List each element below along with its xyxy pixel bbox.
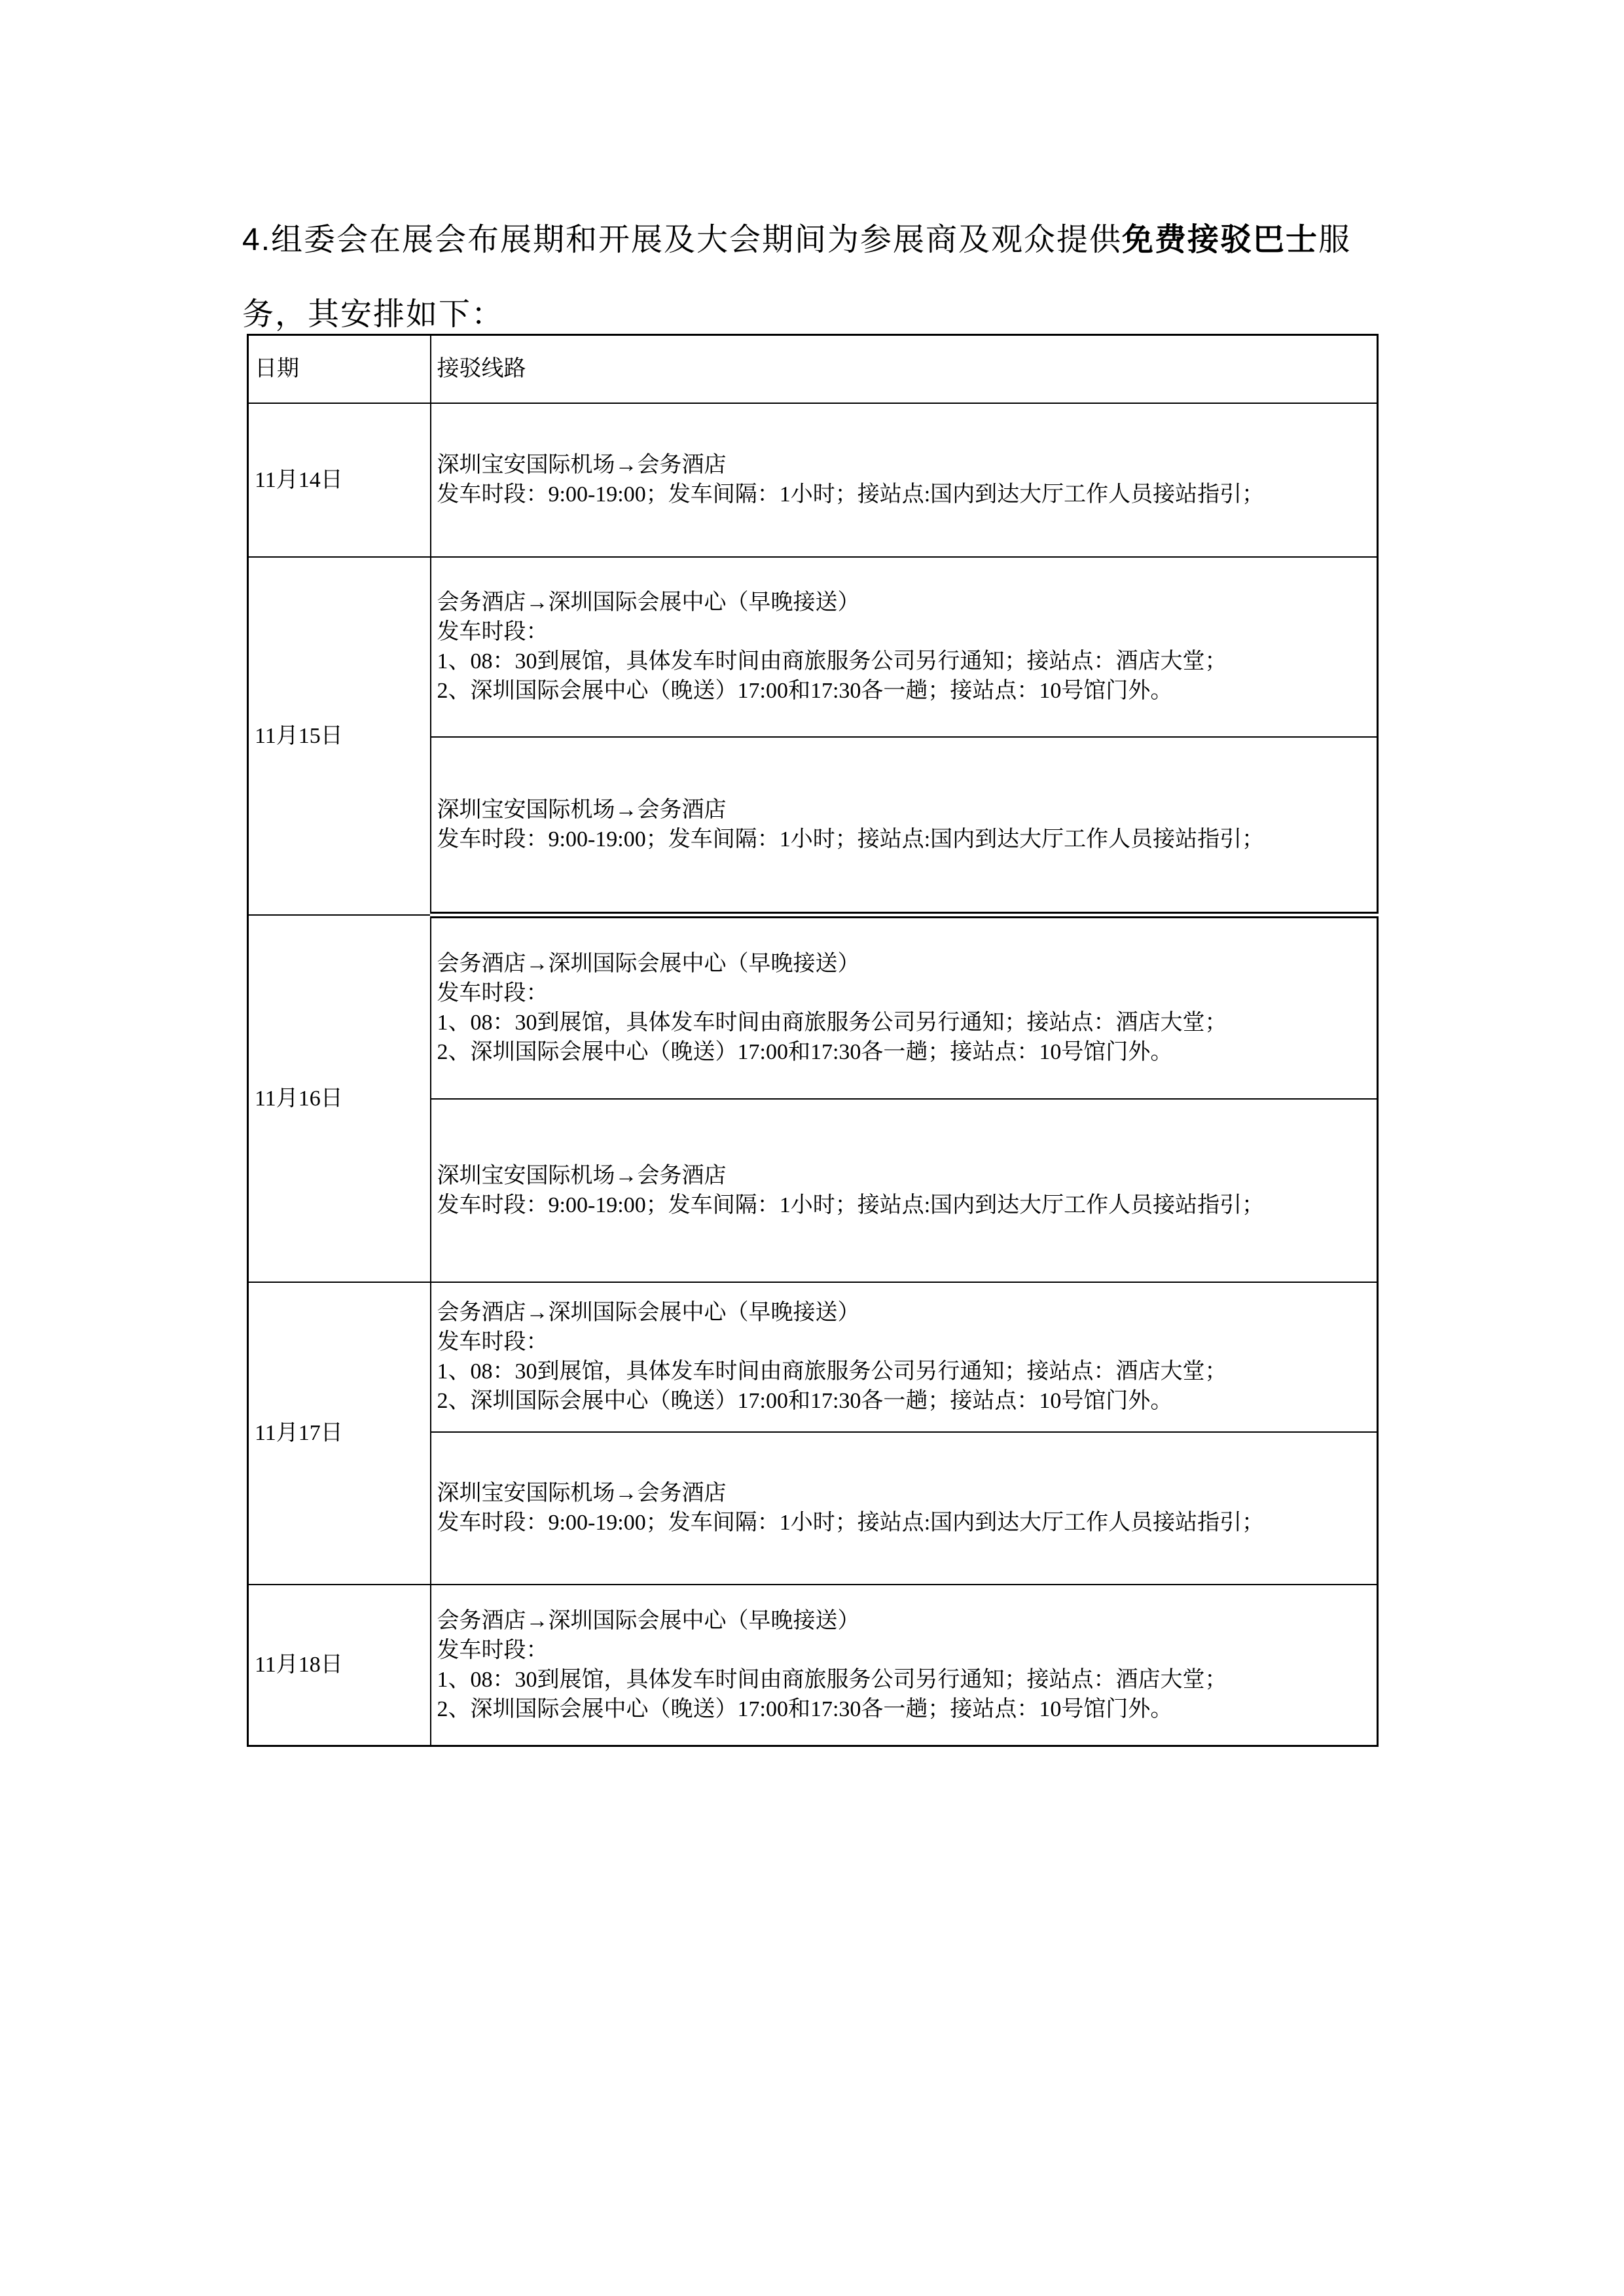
route-line: 会务酒店→深圳国际会展中心（早晚接送） [437, 588, 1367, 617]
shuttle-schedule-table: 日期 接驳线路 11月14日 深圳宝安国际机场→会务酒店 发车时段：9:00-1… [247, 334, 1379, 1747]
route-line: 2、深圳国际会展中心（晚送）17:00和17:30各一趟；接站点：10号馆门外。 [437, 1037, 1367, 1067]
route-line: 深圳宝安国际机场→会务酒店 [437, 450, 1367, 480]
date-cell-nov17: 11月17日 [248, 1282, 431, 1585]
table-row-nov17-hotel: 11月17日 会务酒店→深圳国际会展中心（早晚接送） 发车时段： 1、08：30… [248, 1282, 1378, 1432]
route-line: 发车时段： [437, 617, 1367, 647]
route-line: 会务酒店→深圳国际会展中心（早晚接送） [437, 949, 1367, 978]
route-line: 发车时段：9:00-19:00；发车间隔：1小时；接站点:国内到达大厅工作人员接… [437, 1508, 1367, 1537]
route-line: 发车时段：9:00-19:00；发车间隔：1小时；接站点:国内到达大厅工作人员接… [437, 1191, 1367, 1220]
route-line: 2、深圳国际会展中心（晚送）17:00和17:30各一趟；接站点：10号馆门外。 [437, 1695, 1367, 1724]
route-cell-nov17-hotel: 会务酒店→深圳国际会展中心（早晚接送） 发车时段： 1、08：30到展馆，具体发… [431, 1282, 1378, 1432]
route-line: 发车时段：9:00-19:00；发车间隔：1小时；接站点:国内到达大厅工作人员接… [437, 825, 1367, 854]
table-row-nov15-hotel: 11月15日 会务酒店→深圳国际会展中心（早晚接送） 发车时段： 1、08：30… [248, 557, 1378, 737]
date-cell-nov16: 11月16日 [248, 915, 431, 1282]
header-cell-route: 接驳线路 [431, 335, 1378, 403]
heading-bold-text: 免费接驳巴士 [1122, 223, 1318, 257]
table-row-nov18: 11月18日 会务酒店→深圳国际会展中心（早晚接送） 发车时段： 1、08：30… [248, 1585, 1378, 1746]
route-line: 发车时段： [437, 1327, 1367, 1357]
route-line: 2、深圳国际会展中心（晚送）17:00和17:30各一趟；接站点：10号馆门外。 [437, 676, 1367, 706]
route-line: 1、08：30到展馆，具体发车时间由商旅服务公司另行通知；接站点：酒店大堂； [437, 647, 1367, 676]
header-cell-date: 日期 [248, 335, 431, 403]
route-line: 深圳宝安国际机场→会务酒店 [437, 795, 1367, 825]
heading-text-before-bold: 4.组委会在展会布展期和开展及大会期间为参展商及观众提供 [242, 223, 1122, 257]
route-line: 发车时段：9:00-19:00；发车间隔：1小时；接站点:国内到达大厅工作人员接… [437, 480, 1367, 509]
table-row-nov14: 11月14日 深圳宝安国际机场→会务酒店 发车时段：9:00-19:00；发车间… [248, 403, 1378, 557]
date-cell-nov18: 11月18日 [248, 1585, 431, 1746]
route-line: 1、08：30到展馆，具体发车时间由商旅服务公司另行通知；接站点：酒店大堂； [437, 1357, 1367, 1386]
table-header-row: 日期 接驳线路 [248, 335, 1378, 403]
route-cell-nov14-airport: 深圳宝安国际机场→会务酒店 发车时段：9:00-19:00；发车间隔：1小时；接… [431, 403, 1378, 557]
table-row-nov16-hotel: 11月16日 会务酒店→深圳国际会展中心（早晚接送） 发车时段： 1、08：30… [248, 915, 1378, 1099]
route-line: 会务酒店→深圳国际会展中心（早晚接送） [437, 1606, 1367, 1636]
document-page: 4.组委会在展会布展期和开展及大会期间为参展商及观众提供免费接驳巴士服务，其安排… [0, 0, 1624, 2296]
route-line: 发车时段： [437, 1636, 1367, 1665]
route-cell-nov15-hotel: 会务酒店→深圳国际会展中心（早晚接送） 发车时段： 1、08：30到展馆，具体发… [431, 557, 1378, 737]
route-cell-nov16-hotel: 会务酒店→深圳国际会展中心（早晚接送） 发车时段： 1、08：30到展馆，具体发… [431, 915, 1378, 1099]
route-line: 1、08：30到展馆，具体发车时间由商旅服务公司另行通知；接站点：酒店大堂； [437, 1008, 1367, 1037]
route-cell-nov17-airport: 深圳宝安国际机场→会务酒店 发车时段：9:00-19:00；发车间隔：1小时；接… [431, 1432, 1378, 1585]
route-line: 2、深圳国际会展中心（晚送）17:00和17:30各一趟；接站点：10号馆门外。 [437, 1386, 1367, 1416]
date-cell-nov15: 11月15日 [248, 557, 431, 915]
route-line: 1、08：30到展馆，具体发车时间由商旅服务公司另行通知；接站点：酒店大堂； [437, 1665, 1367, 1695]
route-line: 深圳宝安国际机场→会务酒店 [437, 1479, 1367, 1508]
route-line: 发车时段： [437, 978, 1367, 1008]
route-line: 深圳宝安国际机场→会务酒店 [437, 1161, 1367, 1191]
route-cell-nov16-airport: 深圳宝安国际机场→会务酒店 发车时段：9:00-19:00；发车间隔：1小时；接… [431, 1099, 1378, 1282]
route-line: 会务酒店→深圳国际会展中心（早晚接送） [437, 1298, 1367, 1327]
route-cell-nov18-hotel: 会务酒店→深圳国际会展中心（早晚接送） 发车时段： 1、08：30到展馆，具体发… [431, 1585, 1378, 1746]
date-cell-nov14: 11月14日 [248, 403, 431, 557]
section-heading: 4.组委会在展会布展期和开展及大会期间为参展商及观众提供免费接驳巴士服务，其安排… [242, 203, 1389, 352]
route-cell-nov15-airport: 深圳宝安国际机场→会务酒店 发车时段：9:00-19:00；发车间隔：1小时；接… [431, 737, 1378, 915]
